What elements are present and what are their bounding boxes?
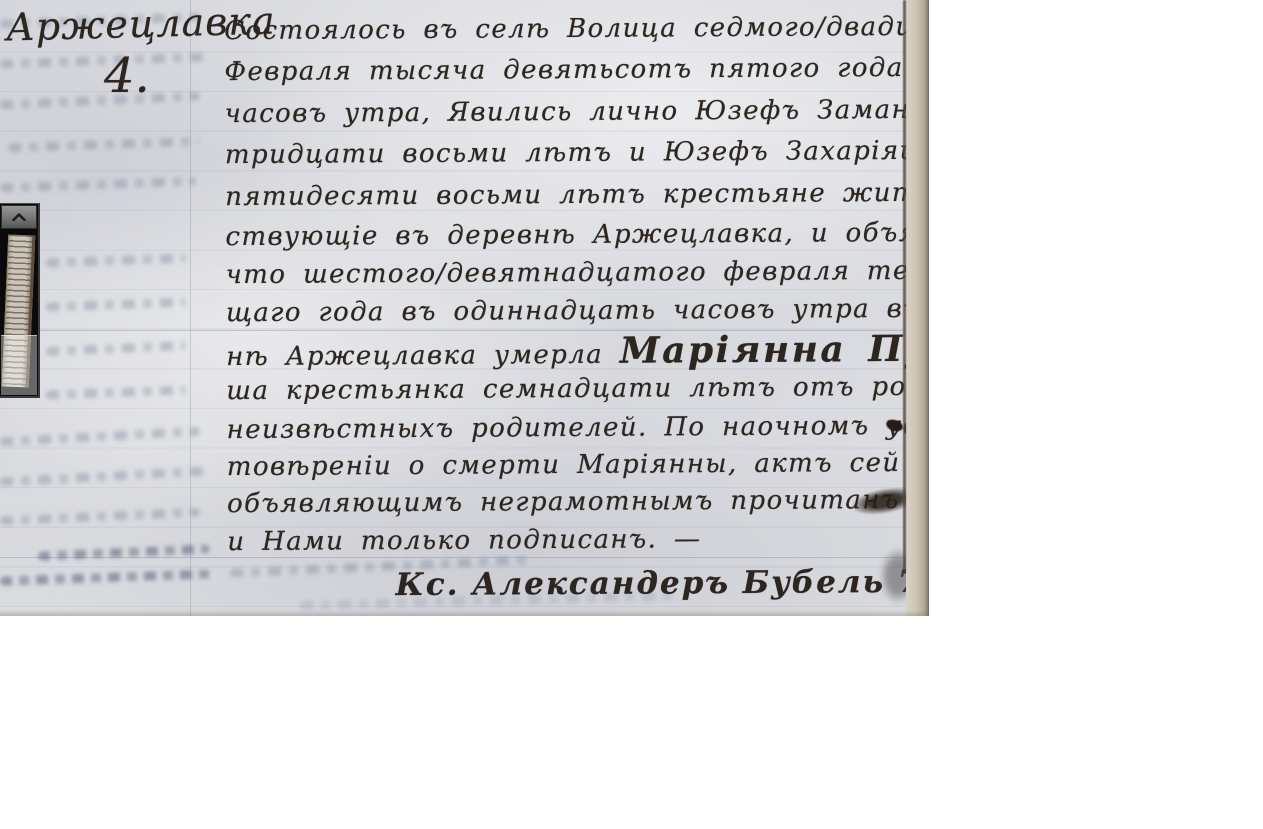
ruled-line [0, 557, 929, 558]
bleed-through-writing [0, 467, 205, 487]
record-line: неизвѣстныхъ родителей. По наочномъ удос [227, 411, 929, 445]
record-line: тридцати восьми лѣтъ и Юзефъ Захаріяшовъ… [225, 135, 929, 170]
record-line-text: нѣ Аржецлавка умерла [226, 340, 620, 372]
bleed-through-writing [38, 544, 210, 560]
bleed-through-writing [46, 298, 186, 312]
thumbnail-viewport-indicator[interactable] [1, 335, 37, 395]
record-line: пятидесяти восьми лѣтъ крестьяне житель [225, 178, 929, 213]
page-binding-line [903, 0, 906, 572]
bleed-through-writing [8, 137, 200, 153]
bleed-through-writing [0, 508, 200, 526]
record-line: нѣ Аржецлавка умерла Маріянна Пуха [226, 328, 929, 375]
margin-rule-line [190, 0, 191, 616]
scroll-up-button[interactable] [1, 205, 37, 229]
record-line: ствующіе въ деревнѣ Аржецлавка, и объяви… [225, 217, 929, 252]
record-line: объявляющимъ неграмотнымъ прочитанъ [227, 485, 900, 519]
bleed-through-writing [0, 569, 212, 585]
record-line: щаго года въ одиннадцать часовъ утра въ … [226, 293, 929, 328]
bleed-through-writing [46, 341, 186, 356]
viewer-screen: Аржецлавка 4. Состоялось въ селѣ Волица … [0, 0, 1263, 829]
record-line: товѣреніи о смерти Маріянны, актъ сей [227, 448, 901, 482]
bleed-through-writing [0, 52, 205, 68]
record-line: ша крестьянка семнадцати лѣтъ отъ роду о… [226, 371, 929, 406]
priest-signature: Кс. Александеръ Бубель 7ЛО [395, 564, 929, 604]
document-scan[interactable]: Аржецлавка 4. Состоялось въ селѣ Волица … [0, 0, 929, 616]
bleed-through-writing [0, 92, 200, 110]
record-line: что шестого/девятнадцатого февраля теку [226, 256, 929, 290]
page-thumbnail[interactable] [1, 230, 37, 395]
record-line: часовъ утра, Явились лично Юзефъ Заманск… [225, 95, 929, 130]
bleed-through-writing [46, 386, 186, 400]
chevron-up-icon [12, 213, 26, 221]
bleed-through-writing [0, 427, 200, 446]
page-edge [906, 0, 929, 616]
navigator-panel [0, 203, 40, 398]
bleed-through-writing [0, 177, 196, 193]
scan-bottom-edge [0, 610, 929, 616]
record-line: Состоялось въ селѣ Волица седмого/двадца… [224, 11, 929, 46]
bleed-through-writing [46, 254, 186, 268]
record-number: 4. [104, 48, 150, 104]
record-line: Февраля тысяча девятьсотъ пятого года въ… [224, 52, 929, 87]
deceased-name: Маріянна Пуха [620, 328, 929, 372]
record-line: и Нами только подписанъ. — [227, 524, 701, 557]
record-text-block: Состоялось въ селѣ Волица седмого/двадца… [224, 0, 916, 2]
